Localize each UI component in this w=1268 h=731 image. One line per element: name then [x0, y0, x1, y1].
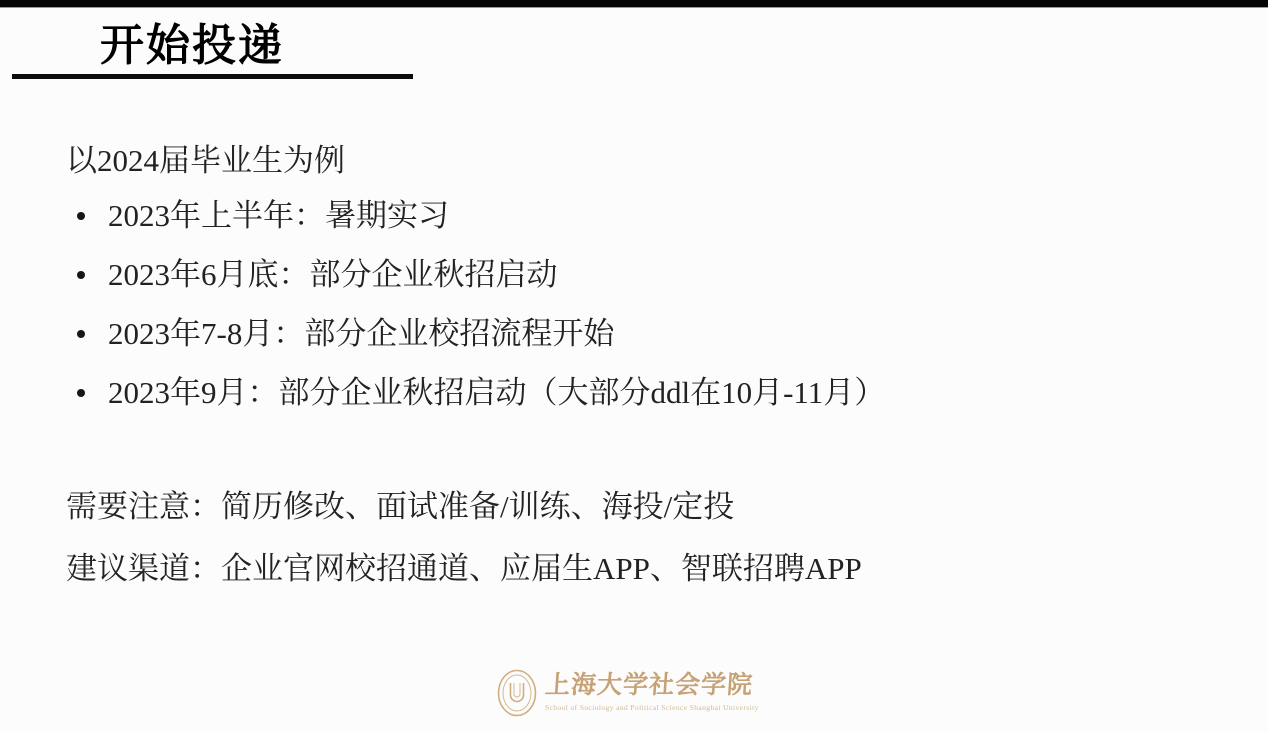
organization-name-cn: 上海大学社会学院: [544, 672, 760, 700]
note-line-attention: 需要注意：简历修改、面试准备/训练、海投/定投: [66, 487, 734, 527]
bullet-text: 2023年6月底：部分企业秋招启动: [108, 255, 558, 295]
organization-name-en: School of Sociology and Political Scienc…: [545, 703, 759, 712]
bullet-dot: [77, 330, 85, 338]
top-border-bar: [0, 0, 1268, 8]
bullet-item-4: 2023年9月：部分企业秋招启动（大部分ddl在10月-11月）: [66, 373, 885, 413]
bullet-text: 2023年上半年：暑期实习: [108, 196, 449, 236]
bullet-dot: [77, 271, 85, 279]
slide-canvas: 开始投递 以2024届毕业生为例 2023年上半年：暑期实习 2023年6月底：…: [0, 0, 1268, 731]
bullet-text: 2023年7-8月：部分企业校招流程开始: [108, 314, 614, 354]
bullet-text: 2023年9月：部分企业秋招启动（大部分ddl在10月-11月）: [108, 373, 885, 413]
note-line-channels: 建议渠道：企业官网校招通道、应届生APP、智联招聘APP: [66, 549, 862, 589]
footer-logo: 上海大学社会学院 School of Sociology and Politic…: [496, 668, 759, 720]
title-underline: [12, 74, 413, 79]
bullet-item-2: 2023年6月底：部分企业秋招启动: [66, 255, 558, 295]
bullet-dot: [77, 212, 85, 220]
bullet-item-1: 2023年上半年：暑期实习: [66, 196, 449, 236]
university-emblem-icon: [496, 668, 538, 720]
bullet-item-3: 2023年7-8月：部分企业校招流程开始: [66, 314, 614, 354]
intro-line: 以2024届毕业生为例: [66, 141, 345, 181]
footer-text-block: 上海大学社会学院 School of Sociology and Politic…: [545, 668, 759, 712]
bullet-dot: [77, 389, 85, 397]
page-title: 开始投递: [100, 24, 284, 68]
